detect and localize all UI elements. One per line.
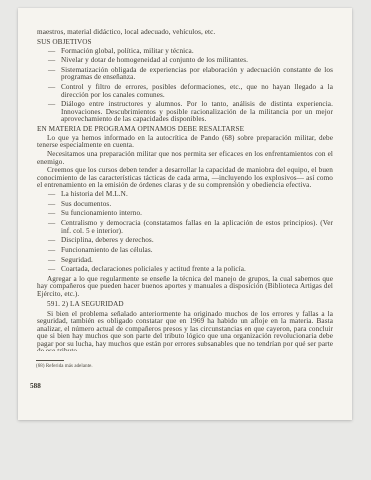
paragraph: Lo que ya hemos informado en la autocrít… <box>37 135 333 150</box>
paragraph-intro: maestros, material didáctico, local adec… <box>37 29 333 37</box>
dash-marker: — <box>48 201 55 209</box>
list-item-text: Centralismo y democracia (constatamos fa… <box>61 219 333 235</box>
section-heading-sus-objetivos: SUS OBJETIVOS <box>37 39 333 47</box>
dash-marker: — <box>48 101 55 109</box>
list-item: —Centralismo y democracia (constatamos f… <box>48 220 333 235</box>
paragraph: Si bien el problema señalado anteriormen… <box>37 311 333 351</box>
list-item-text: La historia del M.L.N. <box>61 190 128 198</box>
footnote-separator-rule <box>36 360 64 361</box>
list-item: —Sus documentos. <box>48 201 333 209</box>
page-text-block: maestros, material didáctico, local adec… <box>37 29 333 351</box>
list-item: —Sistematización obligada de experiencia… <box>48 67 333 82</box>
list-item-text: Diálogo entre instructores y alumnos. Po… <box>61 100 333 123</box>
list-item-text: Disciplina, deberes y derechos. <box>61 236 154 244</box>
list-item-text: Su funcionamiento interno. <box>61 209 142 217</box>
list-item: —Control y filtro de errores, posibles d… <box>48 84 333 99</box>
paragraph: Creemos que los cursos deben tender a de… <box>37 167 333 190</box>
list-item-text: Seguridad. <box>61 256 93 264</box>
dash-marker: — <box>48 191 55 199</box>
list-item-text: Formación global, política, militar y té… <box>61 47 194 55</box>
list-item: —Coartada, declaraciones policiales y ac… <box>48 266 333 274</box>
section-heading-en-materia: EN MATERIA DE PROGRAMA OPINAMOS DEBE RES… <box>37 126 333 134</box>
list-item: —Seguridad. <box>48 257 333 265</box>
topics-list: —La historia del M.L.N. —Sus documentos.… <box>48 191 333 274</box>
list-item: —La historia del M.L.N. <box>48 191 333 199</box>
dash-marker: — <box>48 247 55 255</box>
dash-marker: — <box>48 210 55 218</box>
dash-marker: — <box>48 84 55 92</box>
dash-marker: — <box>48 220 55 228</box>
dash-marker: — <box>48 48 55 56</box>
list-item: —Su funcionamiento interno. <box>48 210 333 218</box>
dash-marker: — <box>48 57 55 65</box>
numbered-subheading-la-seguridad: 591. 2) LA SEGURIDAD <box>37 301 333 309</box>
footnote-block: (68) Referida más adelante. <box>36 360 236 370</box>
list-item: —Formación global, política, militar y t… <box>48 48 333 56</box>
dash-marker: — <box>48 67 55 75</box>
list-item-text: Sus documentos. <box>61 200 111 208</box>
list-item-text: Funcionamiento de las células. <box>61 246 153 254</box>
list-item: —Funcionamiento de las células. <box>48 247 333 255</box>
objectives-list: —Formación global, política, militar y t… <box>48 48 333 124</box>
list-item: —Disciplina, deberes y derechos. <box>48 237 333 245</box>
list-item: —Diálogo entre instructores y alumnos. P… <box>48 101 333 124</box>
list-item-text: Sistematización obligada de experiencias… <box>61 66 333 82</box>
page-number: 588 <box>30 382 41 390</box>
list-item-text: Control y filtro de errores, posibles de… <box>61 83 333 99</box>
paragraph: Necesitamos una preparación militar que … <box>37 151 333 166</box>
list-item: —Nivelar y dotar de homogeneidad al conj… <box>48 57 333 65</box>
list-item-text: Nivelar y dotar de homogeneidad al conju… <box>61 56 248 64</box>
dash-marker: — <box>48 237 55 245</box>
scanned-book-page: maestros, material didáctico, local adec… <box>18 8 352 420</box>
dash-marker: — <box>48 266 55 274</box>
dash-marker: — <box>48 257 55 265</box>
footnote-text: (68) Referida más adelante. <box>36 364 236 370</box>
paragraph: Agregar a lo que regularmente se enseñe … <box>37 276 333 299</box>
list-item-text: Coartada, declaraciones policiales y act… <box>61 265 246 273</box>
